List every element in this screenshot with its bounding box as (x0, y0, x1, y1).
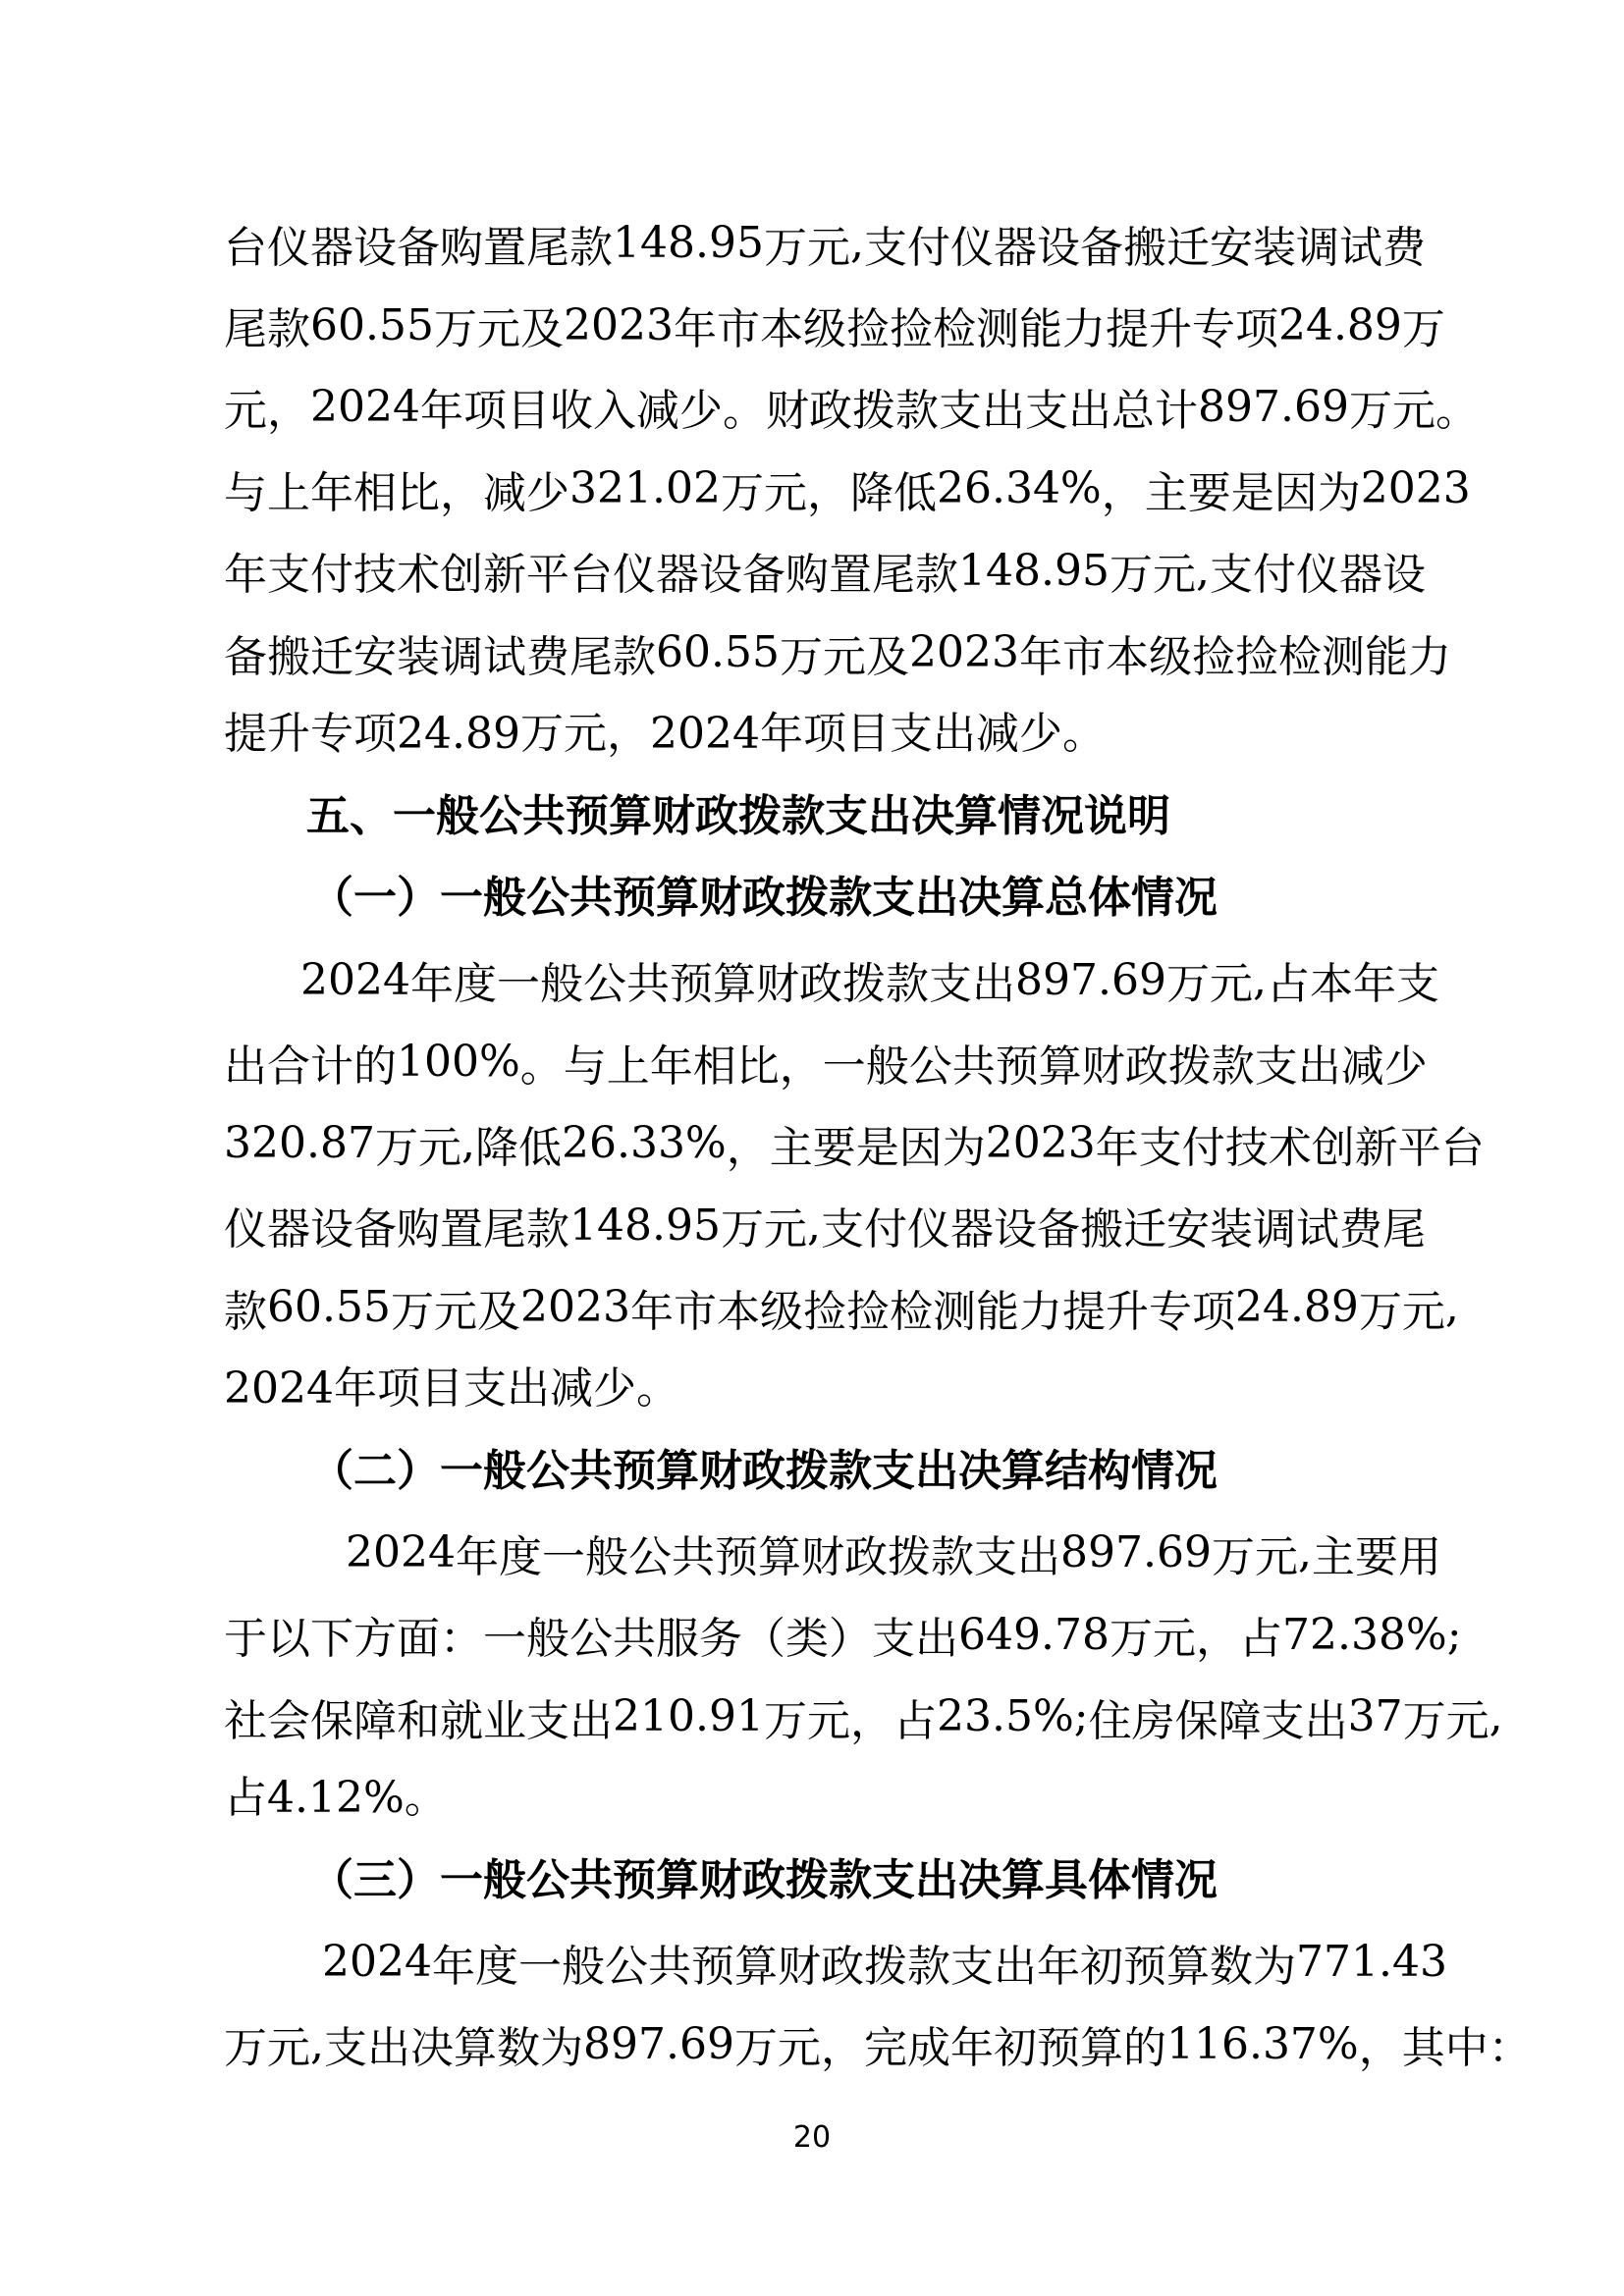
body-text-line: 于以下方面：一般公共服务（类）支出649.78万元，占72.38%; (224, 1594, 1402, 1676)
document-page: 台仪器设备购置尾款148.95万元,支付仪器设备搬迁安装调试费 尾款60.55万… (0, 0, 1624, 2296)
body-text-line: 2024年项目支出减少。 (224, 1348, 1402, 1429)
body-text-line: 元，2024年项目收入减少。财政拨款支出支出总计897.69万元。 (224, 366, 1402, 448)
body-text-line: 年支付技术创新平台仪器设备购置尾款148.95万元,支付仪器设 (224, 530, 1402, 612)
body-text-line: 备搬迁安装调试费尾款60.55万元及2023年市本级捡捡检测能力 (224, 612, 1402, 693)
body-text-line: 与上年相比，减少321.02万元，降低26.34%，主要是因为2023 (224, 448, 1402, 529)
subsection-heading-3: （三）一般公共预算财政拨款支出决算具体情况 (224, 1840, 1402, 1921)
subsection-heading-2: （二）一般公共预算财政拨款支出决算结构情况 (224, 1430, 1402, 1512)
body-text-line: 2024年度一般公共预算财政拨款支出897.69万元,占本年支 (224, 939, 1402, 1021)
text-block: 台仪器设备购置尾款148.95万元,支付仪器设备搬迁安装调试费 尾款60.55万… (224, 202, 1402, 2085)
body-text-line: 占4.12%。 (224, 1757, 1402, 1839)
body-text-line: 万元,支出决算数为897.69万元，完成年初预算的116.37%，其中： (224, 2003, 1402, 2085)
subsection-heading-1: （一）一般公共预算财政拨款支出决算总体情况 (224, 857, 1402, 938)
body-text-line: 出合计的100%。与上年相比，一般公共预算财政拨款支出减少 (224, 1021, 1402, 1102)
body-text-line: 尾款60.55万元及2023年市本级捡捡检测能力提升专项24.89万 (224, 284, 1402, 365)
body-text-line: 仪器设备购置尾款148.95万元,支付仪器设备搬迁安装调试费尾 (224, 1185, 1402, 1266)
body-text-line: 社会保障和就业支出210.91万元，占23.5%;住房保障支出37万元, (224, 1676, 1402, 1757)
body-text-line: 2024年度一般公共预算财政拨款支出年初预算数为771.43 (224, 1921, 1402, 2002)
body-text-line: 款60.55万元及2023年市本级捡捡检测能力提升专项24.89万元, (224, 1266, 1402, 1348)
body-text-line: 320.87万元,降低26.33%，主要是因为2023年支付技术创新平台 (224, 1102, 1402, 1184)
section-heading-5: 五、一般公共预算财政拨款支出决算情况说明 (224, 775, 1402, 857)
body-text-line: 台仪器设备购置尾款148.95万元,支付仪器设备搬迁安装调试费 (224, 202, 1402, 284)
page-number: 20 (0, 2120, 1624, 2155)
body-text-line: 提升专项24.89万元，2024年项目支出减少。 (224, 693, 1402, 774)
body-text-line: 2024年度一般公共预算财政拨款支出897.69万元,主要用 (224, 1512, 1402, 1593)
